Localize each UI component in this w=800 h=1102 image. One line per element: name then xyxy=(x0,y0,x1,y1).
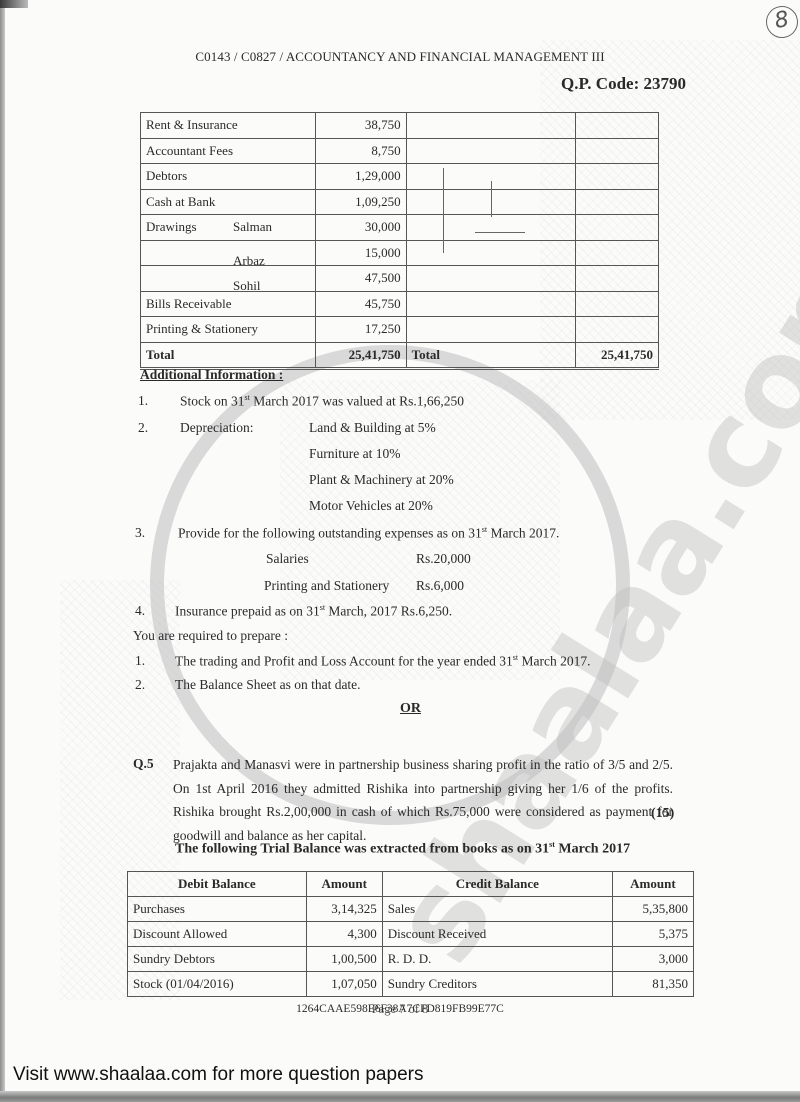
credit-amount xyxy=(576,164,659,190)
account-label: Printing & Stationery xyxy=(146,321,258,336)
table-row: Bills Receivable45,750 xyxy=(141,291,659,317)
account-sub-label: Sohil xyxy=(233,278,260,294)
amount: 17,250 xyxy=(315,317,406,343)
scan-bottom-edge xyxy=(0,1091,800,1102)
col-header: Amount xyxy=(306,872,382,897)
depreciation-item: Motor Vehicles at 20% xyxy=(309,498,433,514)
credit-amount xyxy=(576,189,659,215)
debit-account: Sundry Debtors xyxy=(128,947,307,972)
info-stock: Stock on 31st March 2017 was valued at R… xyxy=(180,393,464,410)
col-header: Debit Balance xyxy=(128,872,307,897)
total-row: Total25,41,750Total25,41,750 xyxy=(141,342,659,369)
depreciation-item: Furniture at 10% xyxy=(309,446,400,462)
amount: 15,000 xyxy=(315,240,406,266)
credit-total-amount: 25,41,750 xyxy=(576,342,659,369)
info-outstanding-expenses: Provide for the following outstanding ex… xyxy=(178,525,559,542)
credit-total-label: Total xyxy=(406,342,576,369)
question-marks: (15) xyxy=(651,806,674,822)
account-name: DrawingsSalman xyxy=(141,215,316,241)
item-number: 2. xyxy=(138,420,148,436)
question5-line: On 1st April 2016 they admitted Rishika … xyxy=(173,777,673,801)
amount: 38,750 xyxy=(315,113,406,139)
total-amount: 25,41,750 xyxy=(315,342,406,369)
item-number: 1. xyxy=(135,653,145,669)
table-row: Sundry Debtors1,00,500R. D. D.3,000 xyxy=(128,947,694,972)
depreciation-item: Land & Building at 5% xyxy=(309,420,436,436)
item-number: 2. xyxy=(135,677,145,693)
credit-account xyxy=(406,113,576,139)
expense-name: Salaries xyxy=(266,551,309,567)
credit-account: Sundry Creditors xyxy=(382,972,612,997)
account-name: Cash at Bank xyxy=(141,189,316,215)
debit-account: Stock (01/04/2016) xyxy=(128,972,307,997)
debit-amount: 1,07,050 xyxy=(306,972,382,997)
pencil-mark xyxy=(491,181,492,217)
info-insurance-prepaid: Insurance prepaid as on 31st March, 2017… xyxy=(175,603,452,620)
credit-amount xyxy=(576,266,659,292)
handwritten-page-mark: 8 xyxy=(763,3,800,40)
amount: 1,29,000 xyxy=(315,164,406,190)
account-name: Sohil xyxy=(141,266,316,292)
required-intro: You are required to prepare : xyxy=(133,628,288,644)
trial-balance-continued-table: Rent & Insurance38,750Accountant Fees8,7… xyxy=(140,112,659,370)
account-name: Bills Receivable xyxy=(141,291,316,317)
credit-account xyxy=(406,317,576,343)
question5-line: Prajakta and Manasvi were in partnership… xyxy=(173,753,673,777)
debit-account: Discount Allowed xyxy=(128,922,307,947)
expense-amount: Rs.20,000 xyxy=(416,551,471,567)
account-name: Printing & Stationery xyxy=(141,317,316,343)
account-label: Drawings xyxy=(146,219,197,234)
credit-account: Sales xyxy=(382,897,612,922)
page-number: Page 7 of 8 xyxy=(0,1002,800,1017)
account-name: Arbaz xyxy=(141,240,316,266)
credit-amount: 5,375 xyxy=(612,922,693,947)
expense-name: Printing and Stationery xyxy=(264,578,389,594)
debit-amount: 4,300 xyxy=(306,922,382,947)
credit-amount: 5,35,800 xyxy=(612,897,693,922)
credit-amount xyxy=(576,113,659,139)
expense-amount: Rs.6,000 xyxy=(416,578,464,594)
account-name: Accountant Fees xyxy=(141,138,316,164)
amount: 8,750 xyxy=(315,138,406,164)
col-header: Credit Balance xyxy=(382,872,612,897)
table-row: Sohil47,500 xyxy=(141,266,659,292)
credit-amount xyxy=(576,240,659,266)
table-row: DrawingsSalman30,000 xyxy=(141,215,659,241)
credit-account xyxy=(406,240,576,266)
trial-balance-table: Debit Balance Amount Credit Balance Amou… xyxy=(127,871,694,997)
credit-amount xyxy=(576,291,659,317)
col-header: Amount xyxy=(612,872,693,897)
visit-banner: Visit www.shaalaa.com for more question … xyxy=(13,1064,423,1086)
account-name: Debtors xyxy=(141,164,316,190)
debit-account: Purchases xyxy=(128,897,307,922)
scan-left-edge xyxy=(0,0,5,1102)
account-name: Rent & Insurance xyxy=(141,113,316,139)
credit-amount xyxy=(576,317,659,343)
table-row: Debtors1,29,000 xyxy=(141,164,659,190)
question5-line: Rishika brought Rs.2,00,000 in cash of w… xyxy=(173,800,673,824)
credit-amount: 81,350 xyxy=(612,972,693,997)
account-label: Cash at Bank xyxy=(146,194,215,209)
amount: 45,750 xyxy=(315,291,406,317)
credit-account xyxy=(406,291,576,317)
qp-code: Q.P. Code: 23790 xyxy=(561,74,686,94)
credit-account xyxy=(406,138,576,164)
credit-amount xyxy=(576,215,659,241)
credit-account: Discount Received xyxy=(382,922,612,947)
trial-balance-caption: The following Trial Balance was extracte… xyxy=(175,840,630,858)
debit-amount: 3,14,325 xyxy=(306,897,382,922)
depreciation-item: Plant & Machinery at 20% xyxy=(309,472,454,488)
table-row: Cash at Bank1,09,250 xyxy=(141,189,659,215)
paper-title: C0143 / C0827 / ACCOUNTANCY AND FINANCIA… xyxy=(0,49,800,65)
account-sub-label: Salman xyxy=(233,219,272,235)
question5-text: Prajakta and Manasvi were in partnership… xyxy=(173,753,673,847)
credit-amount: 3,000 xyxy=(612,947,693,972)
table-row: Arbaz15,000 xyxy=(141,240,659,266)
credit-account: R. D. D. xyxy=(382,947,612,972)
additional-info-heading: Additional Information : xyxy=(140,367,283,383)
debit-amount: 1,00,500 xyxy=(306,947,382,972)
required-item: The Balance Sheet as on that date. xyxy=(175,677,361,693)
table-row: Accountant Fees8,750 xyxy=(141,138,659,164)
or-separator: OR xyxy=(400,701,421,717)
total-label: Total xyxy=(141,342,316,369)
account-label: Debtors xyxy=(146,168,187,183)
credit-account xyxy=(406,266,576,292)
table-row: Discount Allowed4,300Discount Received5,… xyxy=(128,922,694,947)
item-number: 4. xyxy=(135,603,145,619)
question-label: Q.5 xyxy=(133,756,154,772)
amount: 30,000 xyxy=(315,215,406,241)
account-label: Bills Receivable xyxy=(146,296,232,311)
table-row: Purchases3,14,325Sales5,35,800 xyxy=(128,897,694,922)
item-number: 3. xyxy=(135,525,145,541)
scan-top-edge xyxy=(0,0,28,8)
amount: 1,09,250 xyxy=(315,189,406,215)
required-item: The trading and Profit and Loss Account … xyxy=(175,653,590,670)
credit-account xyxy=(406,215,576,241)
account-label: Accountant Fees xyxy=(146,143,233,158)
item-number: 1. xyxy=(138,393,148,409)
amount: 47,500 xyxy=(315,266,406,292)
pencil-mark xyxy=(443,168,444,253)
depreciation-label: Depreciation: xyxy=(180,420,253,436)
credit-amount xyxy=(576,138,659,164)
pencil-mark xyxy=(475,232,525,233)
table-row: Printing & Stationery17,250 xyxy=(141,317,659,343)
table-row: Rent & Insurance38,750 xyxy=(141,113,659,139)
table-row: Stock (01/04/2016)1,07,050Sundry Credito… xyxy=(128,972,694,997)
account-label: Rent & Insurance xyxy=(146,117,238,132)
